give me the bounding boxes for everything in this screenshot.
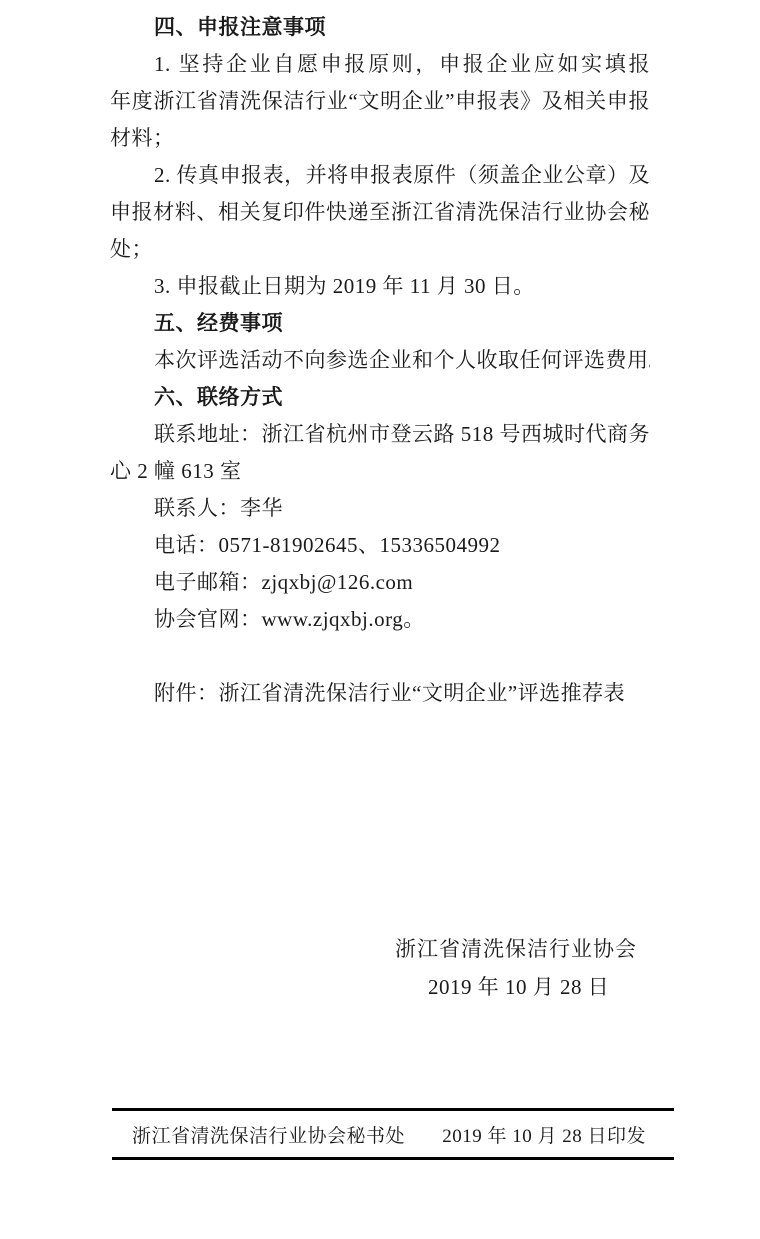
section-heading: 四、申报注意事项 — [110, 9, 650, 46]
doc-line: 2. 传真申报表，并将申报表原件（须盖企业公章）及 — [110, 157, 650, 194]
blank-line — [110, 638, 650, 675]
footer-print-date: 2019 年 10 月 28 日印发 — [442, 1121, 646, 1148]
document-page: 四、申报注意事项1. 坚持企业自愿申报原则，申报企业应如实填报《2019年度浙江… — [0, 0, 760, 1239]
doc-line: 年度浙江省清洗保洁行业“文明企业”申报表》及相关申报 — [110, 83, 650, 120]
doc-line: 联系地址：浙江省杭州市登云路 518 号西城时代商务中 — [110, 416, 650, 453]
doc-line: 电话：0571-81902645、15336504992 — [110, 527, 650, 564]
page-footer: 浙江省清洗保洁行业协会秘书处 2019 年 10 月 28 日印发 — [112, 1108, 674, 1160]
doc-line: 心 2 幢 613 室 — [110, 453, 650, 490]
doc-line: 电子邮箱：zjqxbj@126.com — [110, 564, 650, 601]
document-body: 四、申报注意事项1. 坚持企业自愿申报原则，申报企业应如实填报《2019年度浙江… — [110, 9, 650, 712]
signature-date: 2019 年 10 月 28 日 — [428, 969, 609, 1006]
doc-line: 本次评选活动不向参选企业和个人收取任何评选费用。 — [110, 342, 650, 379]
signature-organization: 浙江省清洗保洁行业协会 — [395, 931, 637, 968]
footer-issuer: 浙江省清洗保洁行业协会秘书处 — [132, 1121, 405, 1148]
doc-line: 协会官网：www.zjqxbj.org。 — [110, 601, 650, 638]
section-heading: 六、联络方式 — [110, 379, 650, 416]
doc-line: 处； — [110, 231, 650, 268]
doc-line: 1. 坚持企业自愿申报原则，申报企业应如实填报《2019 — [110, 46, 650, 83]
doc-line: 3. 申报截止日期为 2019 年 11 月 30 日。 — [110, 268, 650, 305]
doc-line: 附件：浙江省清洗保洁行业“文明企业”评选推荐表 — [110, 675, 650, 712]
doc-line: 联系人：李华 — [110, 490, 650, 527]
doc-line: 材料； — [110, 120, 650, 157]
doc-line: 申报材料、相关复印件快递至浙江省清洗保洁行业协会秘书 — [110, 194, 650, 231]
section-heading: 五、经费事项 — [110, 305, 650, 342]
